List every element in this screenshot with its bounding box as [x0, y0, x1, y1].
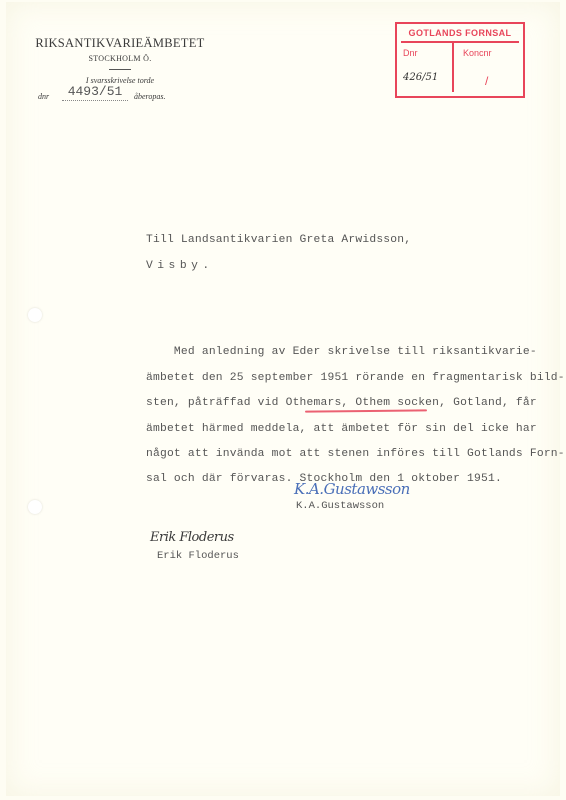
stamp-divider [401, 41, 519, 43]
recipient-line: Till Landsantikvarien Greta Arwidsson, [146, 234, 411, 246]
typed-name-gustawsson: K.A.Gustawsson [296, 500, 384, 512]
organization-name: RIKSANTIKVARIEÄMBETET [20, 36, 220, 51]
signature-floderus: Erik Floderus [150, 530, 234, 545]
punch-hole [28, 500, 42, 514]
body-line: sten, påträffad vid Othemars, Othem sock… [146, 397, 537, 409]
stamp-dnr-value: 426/51 [403, 72, 438, 83]
body-line: Med anledning av Eder skrivelse till rik… [146, 346, 537, 358]
body-line: något att invända mot att stenen införes… [146, 448, 565, 460]
dnr-value: 4493/51 [62, 84, 128, 101]
dnr-prefix: dnr [38, 92, 49, 101]
punch-hole [28, 308, 42, 322]
stamp-title: GOTLANDS FORNSAL [397, 28, 523, 38]
typed-name-floderus: Erik Floderus [157, 550, 239, 562]
signature-gustawsson: K.A.Gustawsson [294, 480, 410, 498]
registry-stamp: GOTLANDS FORNSAL Dnr Koncnr 426/51 / [395, 22, 525, 98]
stamp-dnr-label: Dnr [403, 48, 418, 58]
stamp-koncnr-label: Koncnr [463, 48, 492, 58]
letterhead: RIKSANTIKVARIEÄMBETET STOCKHOLM Ö. I sva… [20, 36, 220, 85]
stamp-koncnr-value: / [485, 74, 488, 88]
body-line: ämbetet den 25 september 1951 rörande en… [146, 372, 565, 384]
dnr-suffix: åberopas. [134, 92, 165, 101]
body-line: ämbetet härmed meddela, att ämbetet för … [146, 423, 537, 435]
stamp-column-divider [452, 42, 454, 92]
recipient-city: Visby. [146, 260, 214, 272]
letterhead-divider [109, 69, 131, 70]
organization-city: STOCKHOLM Ö. [20, 54, 220, 63]
